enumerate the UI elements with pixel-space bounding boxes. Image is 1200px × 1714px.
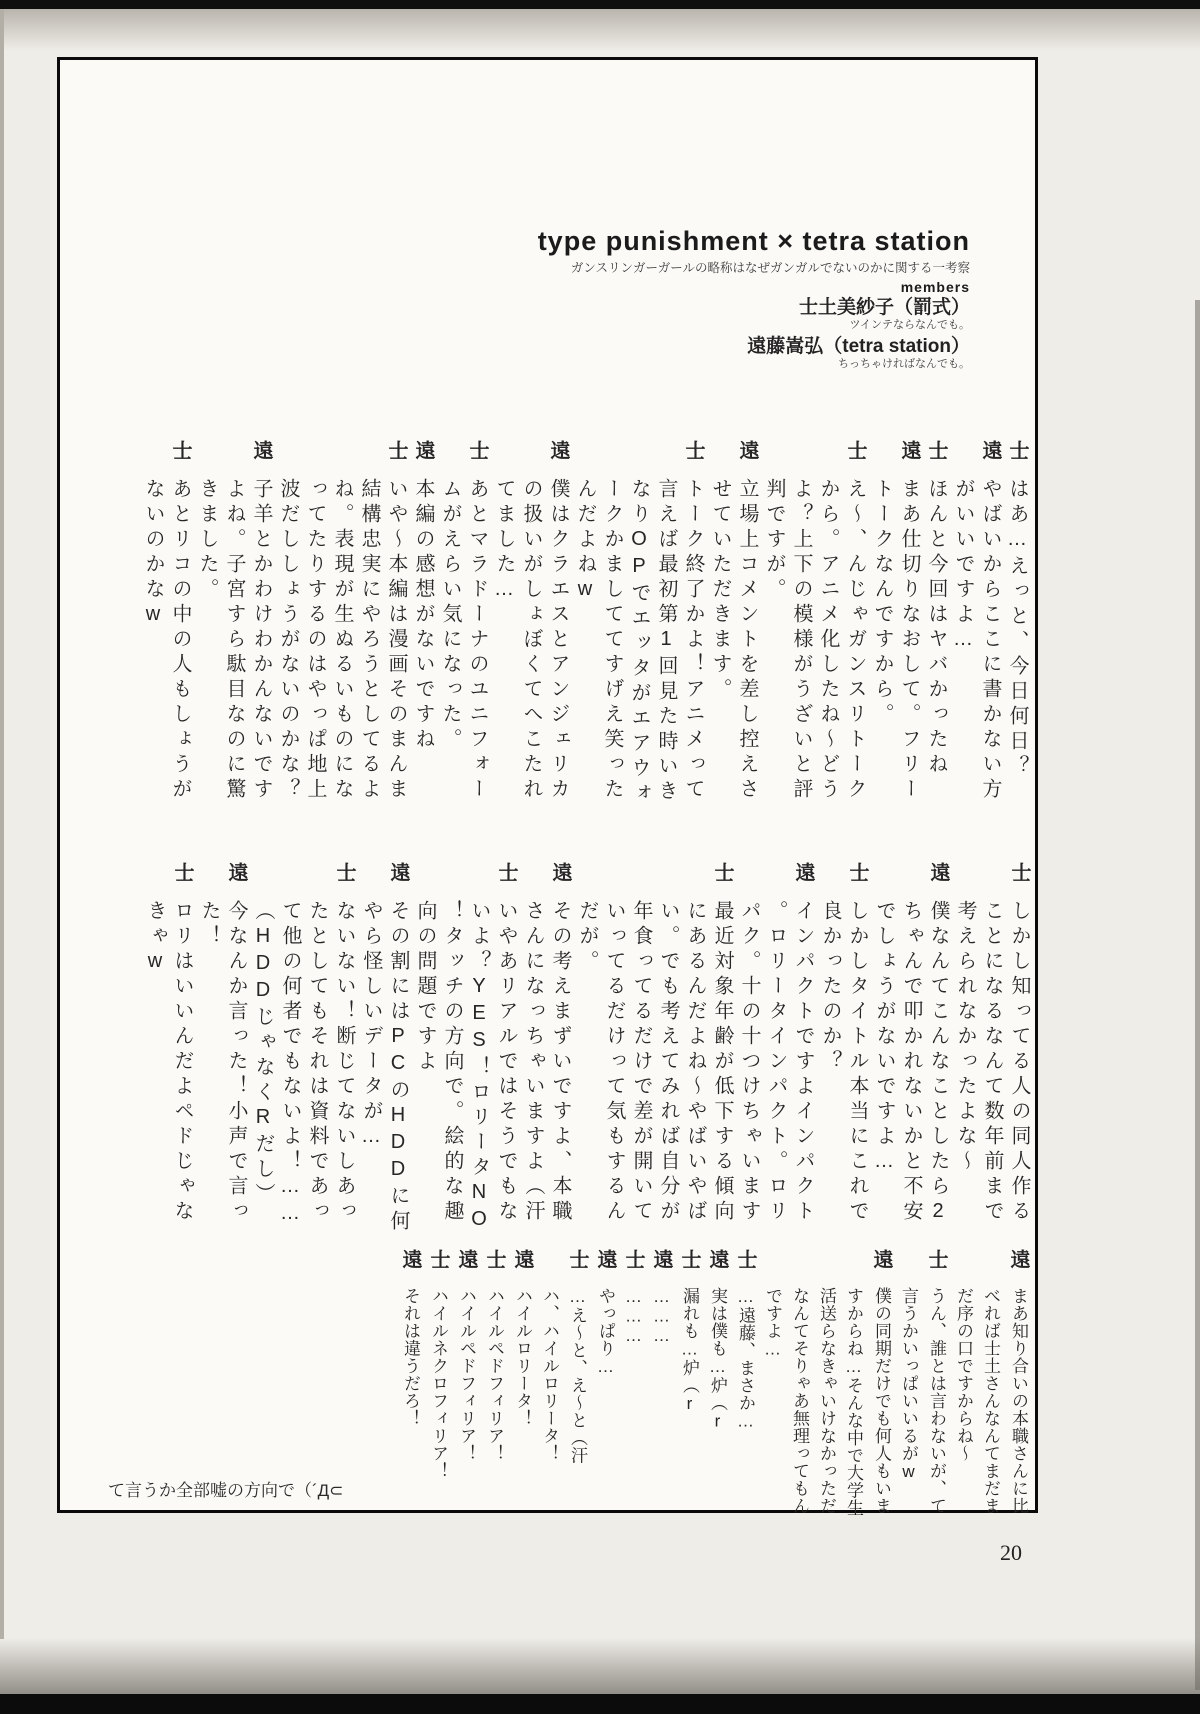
dialogue-column: ってたりするのはやっぱ地上 <box>301 440 328 820</box>
column-text: きゃw <box>144 900 166 977</box>
column-text: 僕の同期だけでも何人もいま <box>872 1287 891 1515</box>
speaker-marker: 士 <box>382 440 409 478</box>
column-text: （HDDじゃなくRだし） <box>252 900 274 1208</box>
dialogue-column: ですよ… <box>759 1249 786 1529</box>
speaker-marker: 遠 <box>452 1249 479 1287</box>
column-text: きました。 <box>196 478 218 603</box>
dialogue-column: ちゃんで叩かれないかと不安 <box>897 862 924 1242</box>
dialogue-column: 波だししょうがないのかな？ <box>274 440 301 820</box>
page-subtitle: ガンスリンガーガールの略称はなぜガンガルでないのかに関する一考察 <box>571 258 970 276</box>
dialogue-column: ！タッチの方向で。絵的な趣 <box>438 862 465 1242</box>
dialogue-block-2: 士しかし知ってる人の同人作ることになるなんて数年前まで考えられなかったよな〜遠僕… <box>141 862 1032 1242</box>
dialogue-column: ムがえらい気になった。 <box>436 440 463 820</box>
column-text: ムがえらい気になった。 <box>439 478 461 753</box>
dialogue-column: ークかましててすげえ笑った <box>598 440 625 820</box>
column-text: あとリコの中の人もしょうが <box>169 478 191 803</box>
scan-edge-bottom <box>0 1694 1200 1714</box>
column-text: さんになっちゃいますよ（汗 <box>522 900 544 1225</box>
speaker-marker: 士 <box>1005 862 1032 900</box>
dialogue-column: 遠本編の感想がないですね <box>409 440 436 820</box>
speaker-marker: 士 <box>675 1249 702 1287</box>
column-text: …遠藤、まさか… <box>736 1287 755 1431</box>
dialogue-column: きました。 <box>193 440 220 820</box>
scan-edge-left <box>0 9 4 1639</box>
column-text: 年食ってるだけで差が開いて <box>630 900 652 1225</box>
dialogue-column: 士ハイルペドフィリア！ <box>480 1249 508 1529</box>
speaker-marker: 遠 <box>544 440 571 478</box>
speaker-marker: 遠 <box>1004 1249 1031 1287</box>
column-text: ークかましててすげえ笑った <box>601 478 623 803</box>
dialogue-column: 遠実は僕も…炉（r <box>703 1249 731 1529</box>
speaker-marker: 遠 <box>396 1249 423 1287</box>
dialogue-column: べれば士土さんなんてまだま <box>977 1249 1004 1529</box>
column-text: …え〜と、え〜と（汗 <box>568 1287 587 1464</box>
dialogue-column: 遠今なんか言った！小声で言っ <box>222 862 249 1242</box>
dialogue-column: の扱いがしょぼくてへこたれ <box>517 440 544 820</box>
column-text: やら怪しいデータが… <box>360 900 382 1152</box>
speaker-marker: 遠 <box>508 1249 535 1287</box>
dialogue-column: 士あとマラドーナのユニフォー <box>463 440 490 820</box>
dialogue-column: 言うかいっぱいいるがw <box>895 1249 922 1529</box>
dialogue-column: 遠まあ仕切りなおして。フリー <box>895 440 922 820</box>
column-text: ほんと今回はヤバかったね <box>925 478 947 778</box>
speaker-marker: 士 <box>841 440 868 478</box>
column-text: よ？上下の模様がうざいと評 <box>790 478 812 803</box>
dialogue-column: いってるだけって気もするん <box>600 862 627 1242</box>
dialogue-column: んだよねw <box>571 440 598 820</box>
speaker-marker: 士 <box>708 862 735 900</box>
column-text: 最近対象年齢が低下する傾向 <box>711 900 733 1225</box>
column-text: て他の何者でもないよ！…… <box>279 900 301 1229</box>
speaker-marker: 士 <box>922 1249 949 1287</box>
dialogue-column: パク。十の十つけちゃいます <box>735 862 762 1242</box>
column-text: ですよ… <box>763 1287 782 1359</box>
column-text: やっぱり… <box>596 1287 615 1377</box>
column-text: 僕なんてこんなことしたら2 <box>927 900 949 1227</box>
speaker-marker: 士 <box>1003 440 1030 478</box>
column-text: その考えまずいですよ、本職 <box>549 900 571 1225</box>
dialogue-column: 。ロリータインパクト。ロリ <box>762 862 789 1242</box>
dialogue-column: よ？上下の模様がうざいと評 <box>787 440 814 820</box>
speaker-marker: 士 <box>166 440 193 478</box>
dialogue-column: 向の問題ですよ <box>411 862 438 1242</box>
column-text: ……… <box>624 1287 643 1346</box>
dialogue-column: ないのかなw <box>139 440 166 820</box>
member-note-tsuchi: ツインテならなんでも。 <box>850 316 970 332</box>
speaker-marker: 士 <box>424 1249 451 1287</box>
column-text: 漏れも…炉（r <box>680 1287 699 1414</box>
column-text: 僕はクラエスとアンジェリカ <box>547 478 569 803</box>
speaker-marker: 遠 <box>384 862 411 900</box>
dialogue-column: 遠僕なんてこんなことしたら2 <box>924 862 951 1242</box>
column-text: にあるんだよね〜やばいやば <box>684 900 706 1225</box>
dialogue-column: 士いやあリアルではそうでもな <box>492 862 519 1242</box>
member-name-endou: 遠藤嵩弘（tetra station） <box>747 331 970 358</box>
column-text: がいいですよ… <box>952 478 974 655</box>
speaker-marker: 士 <box>330 862 357 900</box>
column-text: ハイルロリータ！ <box>513 1287 532 1427</box>
column-text: ハイルネクロフィリア！ <box>429 1287 448 1480</box>
dialogue-column: 遠……… <box>647 1249 675 1529</box>
column-text: なりOPでエッタがエアウォ <box>628 478 650 807</box>
dialogue-column: 良かったのか？ <box>816 862 843 1242</box>
dialogue-column: 遠ハイルペドフィリア！ <box>452 1249 480 1529</box>
column-text: た！ <box>198 900 220 950</box>
column-text: ことになるなんて数年前まで <box>981 900 1003 1225</box>
column-text: トークなんですから。 <box>871 478 893 728</box>
column-text: てました… <box>493 478 515 605</box>
column-text: ハイルペドフィリア！ <box>457 1287 476 1462</box>
column-text: ないない！断じてないしあっ <box>333 900 355 1225</box>
dialogue-column: 士あとリコの中の人もしょうが <box>166 440 193 820</box>
column-text: え〜、んじゃガンスリトーク <box>844 478 866 803</box>
speaker-marker: 遠 <box>895 440 922 478</box>
column-text: それは違うだろ！ <box>401 1287 420 1427</box>
column-text: 波だししょうがないのかな？ <box>277 478 299 803</box>
speaker-marker: 遠 <box>789 862 816 900</box>
column-text: 実は僕も…炉（r <box>708 1287 727 1431</box>
dialogue-column: い。でも考えてみれば自分が <box>654 862 681 1242</box>
column-text: いよ？YES！ロリータNO <box>468 900 490 1235</box>
dialogue-column: 遠僕の同期だけでも何人もいま <box>867 1249 895 1529</box>
dialogue-column: 遠その考えまずいですよ、本職 <box>546 862 573 1242</box>
dialogue-column: 言えば最初第1回見た時いき <box>652 440 679 820</box>
dialogue-column: たとしてもそれは資料であっ <box>303 862 330 1242</box>
column-text: たとしてもそれは資料であっ <box>306 900 328 1225</box>
dialogue-column: 士ロリはいいんだよペドじゃな <box>168 862 195 1242</box>
dialogue-column: ね。表現が生ぬるいものにな <box>328 440 355 820</box>
column-text: 。ロリータインパクト。ロリ <box>765 900 787 1225</box>
column-text: いや〜本編は漫画そのまんま <box>385 478 407 803</box>
speaker-marker: 士 <box>480 1249 507 1287</box>
dialogue-column: 士え〜、んじゃガンスリトーク <box>841 440 868 820</box>
dialogue-column: た！ <box>195 862 222 1242</box>
speaker-marker: 遠 <box>976 440 1003 478</box>
column-text: ハ、ハイルロリータ！ <box>540 1287 559 1462</box>
column-text: 活送らなきゃいけなかっただ <box>817 1287 836 1515</box>
speaker-marker: 遠 <box>247 440 274 478</box>
column-text: いやあリアルではそうでもな <box>495 900 517 1225</box>
dialogue-column: 遠インパクトですよインパクト <box>789 862 816 1242</box>
dialogue-column: 遠ハイルロリータ！ <box>508 1249 536 1529</box>
dialogue-column: 判ですが。 <box>760 440 787 820</box>
column-text: ロリはいいんだよペドじゃな <box>171 900 193 1225</box>
scan-shadow-top <box>0 9 1200 51</box>
column-text: インパクトですよインパクト <box>792 900 814 1225</box>
dialogue-column: 士トーク終了かよ！アニメって <box>679 440 706 820</box>
speaker-marker: 士 <box>463 440 490 478</box>
scan-edge-top <box>0 0 1200 9</box>
scanned-doujin-page: { "header": { "title": "type punishment … <box>0 0 1200 1714</box>
column-text: 言えば最初第1回見た時いき <box>655 478 677 805</box>
dialogue-column: 士しかしタイトル本当にこれで <box>843 862 870 1242</box>
dialogue-column: 士…遠藤、まさか… <box>731 1249 759 1529</box>
column-text: い。でも考えてみれば自分が <box>657 900 679 1225</box>
dialogue-column: 士ハイルネクロフィリア！ <box>424 1249 452 1529</box>
page-number: 20 <box>1000 1540 1022 1566</box>
column-text: ……… <box>652 1287 671 1346</box>
column-text: 向の問題ですよ <box>414 900 436 1075</box>
speaker-marker: 遠 <box>591 1249 618 1287</box>
column-text: まあ知り合いの本職さんに比 <box>1009 1287 1028 1515</box>
dialogue-column: 士……… <box>619 1249 647 1529</box>
dialogue-column: 遠それは違うだろ！ <box>396 1249 424 1529</box>
column-text: はあ…えっと、今日何日？ <box>1006 478 1028 780</box>
dialogue-block-3: 遠まあ知り合いの本職さんに比べれば士土さんなんてまだまだ序の口ですからね〜士うん… <box>396 1249 1032 1529</box>
dialogue-column: せていただきます。 <box>706 440 733 820</box>
dialogue-column: 士いや〜本編は漫画そのまんま <box>382 440 409 820</box>
dialogue-column: 士ほんと今回はヤバかったね <box>922 440 949 820</box>
column-text: 良かったのか？ <box>819 900 841 1075</box>
dialogue-column: 遠立場上コメントを差し控えさ <box>733 440 760 820</box>
dialogue-column: 結構忠実にやろうとしてるよ <box>355 440 382 820</box>
speaker-marker: 遠 <box>703 1249 730 1287</box>
column-text: ってたりするのはやっぱ地上 <box>304 478 326 803</box>
dialogue-column: さんになっちゃいますよ（汗 <box>519 862 546 1242</box>
speaker-marker: 士 <box>731 1249 758 1287</box>
column-text: しかしタイトル本当にこれで <box>846 900 868 1225</box>
dialogue-column: きゃw <box>141 862 168 1242</box>
dialogue-column: 士…え〜と、え〜と（汗 <box>563 1249 591 1529</box>
speaker-marker: 遠 <box>546 862 573 900</box>
column-text: べれば士土さんなんてまだま <box>981 1287 1000 1515</box>
dialogue-column: 年食ってるだけで差が開いて <box>627 862 654 1242</box>
speaker-marker: 士 <box>619 1249 646 1287</box>
column-text: だ序の口ですからね〜 <box>954 1287 973 1462</box>
column-text: トーク終了かよ！アニメって <box>682 478 704 803</box>
column-text: 本編の感想がないですね <box>412 478 434 753</box>
dialogue-column: よね。子宮すら駄目なのに驚 <box>220 440 247 820</box>
column-text: やばいからここに書かない方 <box>979 478 1001 803</box>
dialogue-column: 士うん、誰とは言わないが、て <box>922 1249 950 1529</box>
dialogue-column: 士最近対象年齢が低下する傾向 <box>708 862 735 1242</box>
column-text: ちゃんで叩かれないかと不安 <box>900 900 922 1225</box>
speaker-marker: 遠 <box>222 862 249 900</box>
dialogue-column: なんてそりゃあ無理ってもん <box>786 1249 813 1529</box>
column-text: うん、誰とは言わないが、て <box>927 1287 946 1515</box>
column-text: 子羊とかわけわかんないです <box>250 478 272 803</box>
column-text: その割にはPCのHDDに何 <box>387 900 409 1235</box>
dialogue-column: だ序の口ですからね〜 <box>950 1249 977 1529</box>
speaker-marker: 士 <box>679 440 706 478</box>
dialogue-column: やら怪しいデータが… <box>357 862 384 1242</box>
speaker-marker: 遠 <box>647 1249 674 1287</box>
column-text: よね。子宮すら駄目なのに驚 <box>223 478 245 803</box>
member-note-endou: ちっちゃければなんでも。 <box>838 355 970 371</box>
column-text: せていただきます。 <box>709 478 731 703</box>
column-text: 立場上コメントを差し控えさ <box>736 478 758 803</box>
dialogue-column: トークなんですから。 <box>868 440 895 820</box>
dialogue-column: 遠やばいからここに書かない方 <box>976 440 1003 820</box>
dialogue-column: ハ、ハイルロリータ！ <box>536 1249 563 1529</box>
column-text: あとマラドーナのユニフォー <box>466 478 488 803</box>
speaker-marker: 士 <box>843 862 870 900</box>
dialogue-column: （HDDじゃなくRだし） <box>249 862 276 1242</box>
dialogue-column: て他の何者でもないよ！…… <box>276 862 303 1242</box>
dialogue-column: から。アニメ化したね〜どう <box>814 440 841 820</box>
dialogue-column: 士漏れも…炉（r <box>675 1249 703 1529</box>
speaker-marker: 遠 <box>733 440 760 478</box>
column-text: まあ仕切りなおして。フリー <box>898 478 920 803</box>
column-text: 判ですが。 <box>763 478 785 603</box>
dialogue-column: 遠その割にはPCのHDDに何 <box>384 862 411 1242</box>
column-text: んだよねw <box>574 478 596 605</box>
dialogue-column: にあるんだよね〜やばいやば <box>681 862 708 1242</box>
dialogue-column: がいいですよ… <box>949 440 976 820</box>
column-text: ないのかなw <box>142 478 164 630</box>
column-text: ね。表現が生ぬるいものにな <box>331 478 353 803</box>
dialogue-column: 遠僕はクラエスとアンジェリカ <box>544 440 571 820</box>
column-text: しかし知ってる人の同人作る <box>1008 900 1030 1225</box>
dialogue-column: 遠まあ知り合いの本職さんに比 <box>1004 1249 1032 1529</box>
speaker-marker: 遠 <box>867 1249 894 1287</box>
dialogue-column: 士はあ…えっと、今日何日？ <box>1003 440 1030 820</box>
dialogue-column: すからね…そんな中で大学生 <box>840 1249 867 1529</box>
footer-handwritten-note: て言うか全部嘘の方向で（´Д⊂ <box>108 1476 343 1501</box>
dialogue-column: 士しかし知ってる人の同人作る <box>1005 862 1032 1242</box>
speaker-marker: 遠 <box>924 862 951 900</box>
column-text: なんてそりゃあ無理ってもん <box>790 1287 809 1515</box>
speaker-marker: 遠 <box>409 440 436 478</box>
column-text: 結構忠実にやろうとしてるよ <box>358 478 380 803</box>
dialogue-block-1: 士はあ…えっと、今日何日？遠やばいからここに書かない方がいいですよ…士ほんと今回… <box>139 440 1030 820</box>
scan-shadow-bottom <box>0 1638 1200 1696</box>
speaker-marker: 士 <box>492 862 519 900</box>
column-text: ！タッチの方向で。絵的な趣 <box>441 900 463 1225</box>
dialogue-column: てました… <box>490 440 517 820</box>
dialogue-column: 活送らなきゃいけなかっただ <box>813 1249 840 1529</box>
dialogue-column: 遠子羊とかわけわかんないです <box>247 440 274 820</box>
page-title: type punishment × tetra station <box>538 226 970 257</box>
column-text: ハイルペドフィリア！ <box>485 1287 504 1462</box>
speaker-marker: 士 <box>922 440 949 478</box>
column-text: 言うかいっぱいいるがw <box>899 1287 918 1482</box>
column-text: 今なんか言った！小声で言っ <box>225 900 247 1225</box>
column-text: でしょうがないですよ… <box>873 900 895 1177</box>
member-name-tsuchi: 士土美紗子（罰式） <box>799 292 970 319</box>
dialogue-column: なりOPでエッタがエアウォ <box>625 440 652 820</box>
speaker-marker: 士 <box>563 1249 590 1287</box>
dialogue-column: 考えられなかったよな〜 <box>951 862 978 1242</box>
dialogue-column: ことになるなんて数年前まで <box>978 862 1005 1242</box>
speaker-marker: 士 <box>168 862 195 900</box>
column-text: から。アニメ化したね〜どう <box>817 478 839 803</box>
column-text: パク。十の十つけちゃいます <box>738 900 760 1225</box>
column-text: 考えられなかったよな〜 <box>954 900 976 1175</box>
dialogue-column: でしょうがないですよ… <box>870 862 897 1242</box>
column-text: すからね…そんな中で大学生 <box>844 1287 863 1517</box>
column-text: だが。 <box>576 900 598 975</box>
column-text: いってるだけって気もするん <box>603 900 625 1225</box>
scan-edge-right <box>1195 300 1200 1690</box>
dialogue-column: 遠やっぱり… <box>591 1249 619 1529</box>
dialogue-column: だが。 <box>573 862 600 1242</box>
column-text: の扱いがしょぼくてへこたれ <box>520 478 542 803</box>
dialogue-column: いよ？YES！ロリータNO <box>465 862 492 1242</box>
dialogue-column: 士ないない！断じてないしあっ <box>330 862 357 1242</box>
